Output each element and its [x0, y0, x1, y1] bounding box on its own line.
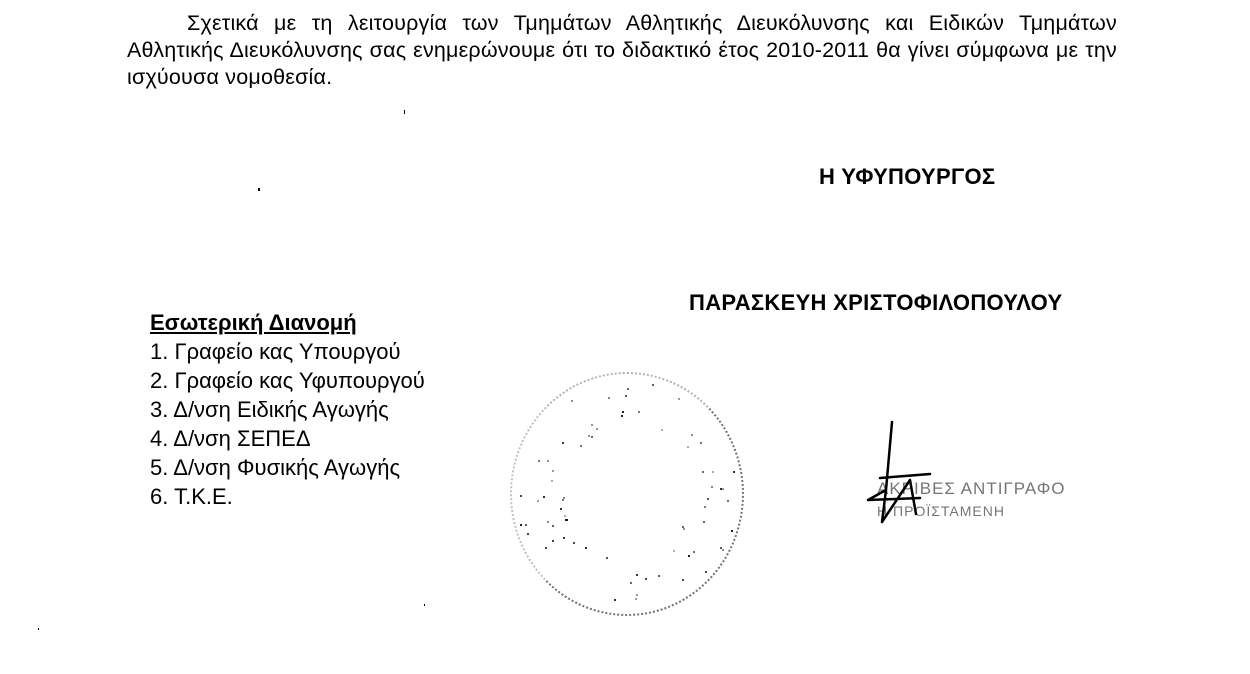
seal-speck — [645, 578, 647, 580]
seal-speck — [527, 533, 529, 535]
seal-speck — [551, 480, 553, 482]
seal-speck — [678, 398, 680, 400]
seal-speck — [608, 397, 610, 399]
seal-speck — [564, 515, 566, 517]
seal-speck — [580, 445, 582, 447]
seal-speck — [547, 521, 549, 523]
scan-speck — [258, 188, 260, 191]
seal-speck — [691, 434, 693, 436]
seal-speck — [562, 442, 564, 444]
seal-speckles — [512, 374, 742, 614]
seal-speck — [621, 415, 623, 417]
seal-speck — [636, 574, 638, 576]
distribution-list: 1. Γραφείο κας Υπουργού 2. Γραφείο κας Υ… — [150, 337, 425, 511]
seal-speck — [703, 521, 705, 523]
signature-icon — [860, 420, 940, 530]
seal-speck — [591, 424, 593, 426]
scan-speck — [424, 604, 425, 606]
seal-speck — [636, 594, 638, 596]
seal-speck — [712, 471, 714, 473]
seal-speck — [627, 388, 629, 390]
seal-speck — [707, 498, 709, 500]
list-item: 3. Δ/νση Ειδικής Αγωγής — [150, 395, 425, 424]
seal-speck — [525, 524, 527, 526]
seal-speck — [722, 549, 724, 551]
seal-speck — [635, 598, 637, 600]
seal-speck — [733, 471, 735, 473]
list-item: 5. Δ/νση Φυσικής Αγωγής — [150, 453, 425, 482]
list-item: 6. Τ.Κ.Ε. — [150, 482, 425, 511]
seal-speck — [596, 428, 598, 430]
seal-speck — [687, 446, 689, 448]
seal-speck — [573, 542, 575, 544]
scan-speck — [38, 628, 39, 630]
list-item: 2. Γραφείο κας Υφυπουργού — [150, 366, 425, 395]
seal-speck — [591, 436, 593, 438]
seal-speck — [727, 500, 729, 502]
seal-speck — [700, 442, 702, 444]
seal-speck — [625, 395, 627, 397]
seal-speck — [705, 571, 707, 573]
seal-speck — [585, 547, 587, 549]
seal-speck — [566, 519, 568, 521]
seal-speck — [588, 435, 590, 437]
seal-speck — [614, 599, 616, 601]
seal-speck — [622, 411, 624, 413]
seal-speck — [630, 582, 632, 584]
signer-name: ΠΑΡΑΣΚΕΥΗ ΧΡΙΣΤΟΦΙΛΟΠΟΥΛΟΥ — [689, 290, 1062, 316]
seal-speck — [731, 530, 733, 532]
distribution-heading: Εσωτερική Διανομή — [150, 308, 425, 337]
seal-speck — [606, 557, 608, 559]
seal-speck — [661, 429, 663, 431]
seal-speck — [682, 579, 684, 581]
seal-speck — [552, 525, 554, 527]
seal-speck — [563, 537, 565, 539]
seal-speck — [552, 470, 554, 472]
seal-speck — [537, 500, 539, 502]
seal-speck — [552, 540, 554, 542]
seal-speck — [547, 460, 549, 462]
seal-speck — [520, 495, 522, 497]
seal-speck — [560, 508, 562, 510]
seal-speck — [658, 575, 660, 577]
list-item: 1. Γραφείο κας Υπουργού — [150, 337, 425, 366]
seal-speck — [652, 384, 654, 386]
seal-speck — [702, 471, 704, 473]
seal-speck — [722, 488, 724, 490]
seal-speck — [693, 551, 695, 553]
seal-speck — [562, 499, 564, 501]
scan-speck — [404, 110, 405, 114]
seal-speck — [683, 528, 685, 530]
seal-speck — [673, 550, 675, 552]
signer-title: Η ΥΦΥΠΟΥΡΓΟΣ — [819, 164, 995, 190]
seal-speck — [543, 496, 545, 498]
seal-speck — [704, 506, 706, 508]
seal-speck — [538, 460, 540, 462]
official-seal-stamp-icon — [510, 372, 744, 616]
seal-speck — [520, 524, 522, 526]
internal-distribution: Εσωτερική Διανομή 1. Γραφείο κας Υπουργο… — [150, 308, 425, 511]
seal-speck — [688, 555, 690, 557]
list-item: 4. Δ/νση ΣΕΠΕΔ — [150, 424, 425, 453]
body-paragraph: Σχετικά με τη λειτουργία των Τμημάτων Αθ… — [127, 10, 1117, 91]
seal-speck — [571, 400, 573, 402]
seal-speck — [545, 547, 547, 549]
seal-speck — [711, 486, 713, 488]
seal-speck — [638, 411, 640, 413]
